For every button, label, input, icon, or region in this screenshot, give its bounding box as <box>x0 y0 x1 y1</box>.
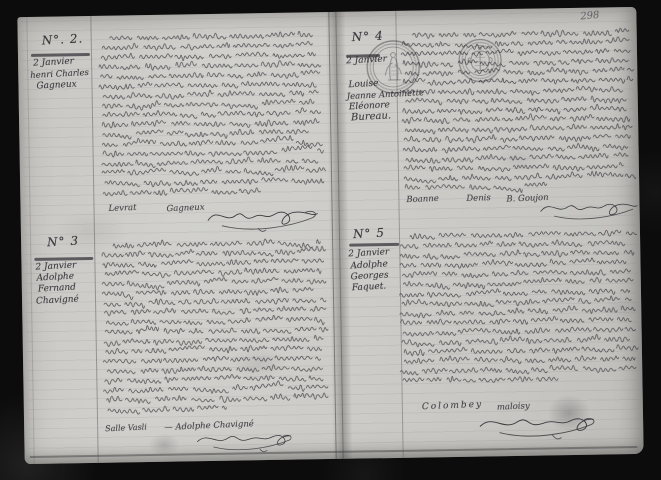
signature: Salle Vasli <box>105 424 147 434</box>
margin-name: henri Charles <box>30 69 89 81</box>
margin-name: Bureau. <box>351 111 392 123</box>
record-number-underline <box>31 53 90 57</box>
signature: Gagneux <box>166 204 204 214</box>
handwritten-page-number: 298 <box>580 11 600 23</box>
signature-flourish <box>174 424 314 454</box>
handwritten-act-body <box>96 27 327 203</box>
record-number-underline <box>34 257 93 261</box>
record-number: N° 5 <box>353 227 386 241</box>
paper-sheet: N°. 2. 2 Janvier henri Charles Gagneux L… <box>17 7 643 464</box>
margin-name: Fernand <box>38 284 77 295</box>
handwritten-act-body <box>99 234 330 420</box>
signature-flourish <box>472 406 603 442</box>
left-page-edge-line <box>26 17 34 464</box>
margin-name: Chavigné <box>36 295 79 306</box>
signature: Levrat <box>108 204 136 214</box>
margin-name: Faquet. <box>352 282 387 293</box>
margin-name: Gagneux <box>36 80 77 91</box>
round-ink-stamp-figure-icon <box>364 37 423 96</box>
record-number-underline <box>349 243 399 246</box>
signature-flourish <box>538 191 639 225</box>
record-number: N°. 2. <box>41 32 83 46</box>
margin-name: Adolphe <box>36 273 74 284</box>
scanned-register-page: N°. 2. 2 Janvier henri Charles Gagneux L… <box>0 0 661 480</box>
signature-flourish <box>205 198 321 234</box>
handwritten-act-body <box>399 24 637 198</box>
margin-date: 2 Janvier <box>348 248 389 259</box>
signature: Boanne <box>406 195 439 205</box>
signature: Denis <box>466 194 491 204</box>
round-ink-stamp-arms-icon <box>457 37 504 84</box>
record-number: N° 3 <box>47 235 80 249</box>
margin-date: 2 Janvier <box>33 58 74 69</box>
handwritten-act-body <box>396 225 640 391</box>
